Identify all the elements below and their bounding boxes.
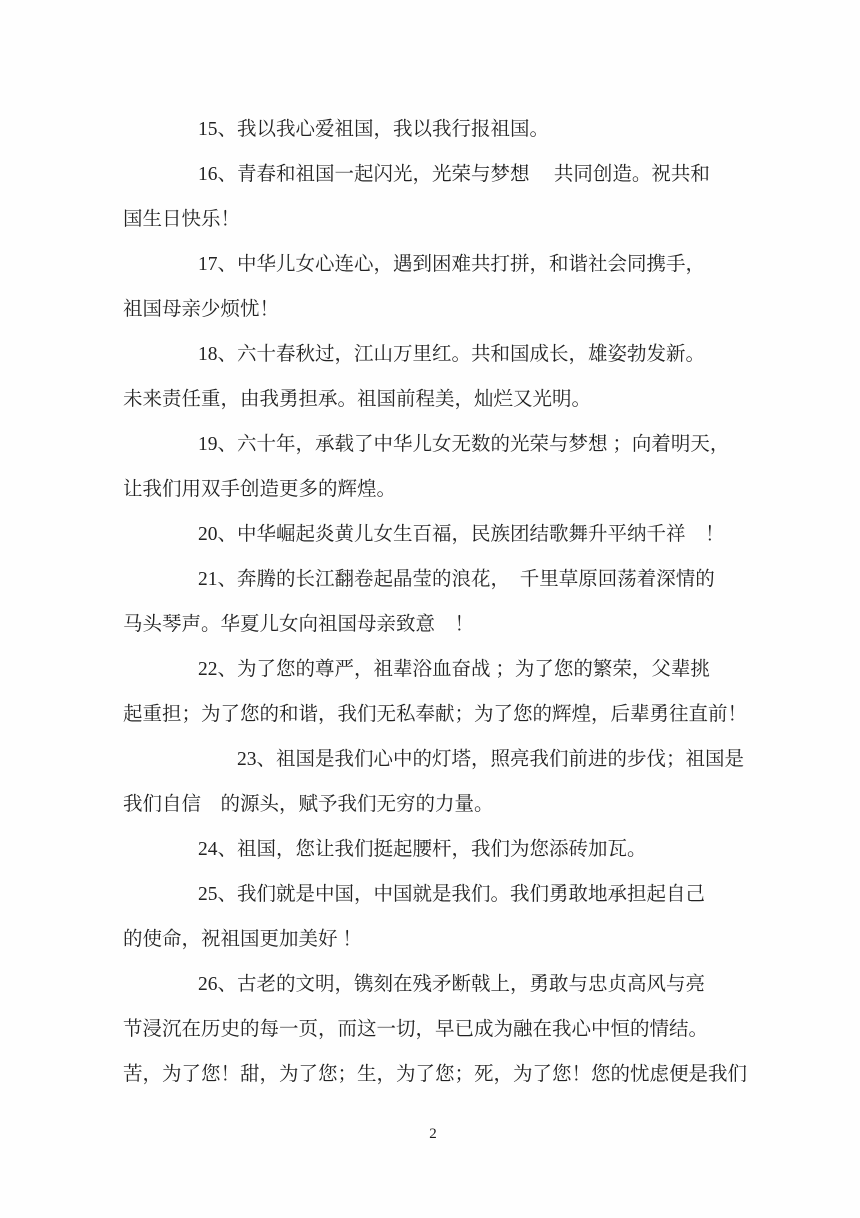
document-page: 15、我以我心爱祖国，我以我行报祖国。 16、青春和祖国一起闪光，光荣与梦想 共…: [0, 0, 860, 1218]
paragraph-item-16: 16、青春和祖国一起闪光，光荣与梦想 共同创造。祝共和 国生日快乐！: [123, 152, 743, 242]
text-line: 未来责任重，由我勇担承。祖国前程美，灿烂又光明。: [123, 377, 743, 422]
text-line: 26、古老的文明，镌刻在残矛断戟上，勇敢与忠贞高风与亮: [123, 962, 743, 1007]
text-line: 苦，为了您！甜，为了您；生，为了您；死，为了您！您的忧虑便是我们: [123, 1052, 743, 1097]
text-line: 的使命，祝祖国更加美好 ！: [123, 917, 743, 962]
text-line: 祖国母亲少烦忧！: [123, 287, 743, 332]
paragraph-item-26: 26、古老的文明，镌刻在残矛断戟上，勇敢与忠贞高风与亮 节浸沉在历史的每一页，而…: [123, 962, 743, 1097]
text-line: 节浸沉在历史的每一页，而这一切，早已成为融在我心中恒的情结。: [123, 1007, 743, 1052]
paragraph-item-18: 18、六十春秋过，江山万里红。共和国成长，雄姿勃发新。 未来责任重，由我勇担承。…: [123, 332, 743, 422]
text-line: 17、中华儿女心连心，遇到困难共打拼，和谐社会同携手，: [123, 242, 743, 287]
text-line: 19、六十年，承载了中华儿女无数的光荣与梦想 ；向着明天，: [123, 422, 743, 467]
paragraph-item-23: 23、祖国是我们心中的灯塔，照亮我们前进的步伐；祖国是 我们自信 的源头，赋予我…: [123, 737, 743, 827]
text-line: 23、祖国是我们心中的灯塔，照亮我们前进的步伐；祖国是: [123, 737, 743, 782]
paragraph-item-25: 25、我们就是中国，中国就是我们。我们勇敢地承担起自己 的使命，祝祖国更加美好 …: [123, 872, 743, 962]
page-number: 2: [123, 1123, 743, 1145]
paragraph-item-24: 24、祖国，您让我们挺起腰杆，我们为您添砖加瓦。: [123, 827, 743, 872]
text-line: 21、奔腾的长江翻卷起晶莹的浪花， 千里草原回荡着深情的: [123, 557, 743, 602]
text-line: 我们自信 的源头，赋予我们无穷的力量。: [123, 782, 743, 827]
text-line: 让我们用双手创造更多的辉煌。: [123, 467, 743, 512]
text-line: 16、青春和祖国一起闪光，光荣与梦想 共同创造。祝共和: [123, 152, 743, 197]
paragraph-item-22: 22、为了您的尊严，祖辈浴血奋战 ；为了您的繁荣，父辈挑 起重担；为了您的和谐，…: [123, 647, 743, 737]
document-body: 15、我以我心爱祖国，我以我行报祖国。 16、青春和祖国一起闪光，光荣与梦想 共…: [123, 107, 743, 1097]
text-line: 国生日快乐！: [123, 197, 743, 242]
paragraph-item-21: 21、奔腾的长江翻卷起晶莹的浪花， 千里草原回荡着深情的 马头琴声。华夏儿女向祖…: [123, 557, 743, 647]
text-line: 20、中华崛起炎黄儿女生百福，民族团结歌舞升平纳千祥 ！: [123, 512, 743, 557]
text-line: 24、祖国，您让我们挺起腰杆，我们为您添砖加瓦。: [123, 827, 743, 872]
text-line: 15、我以我心爱祖国，我以我行报祖国。: [123, 107, 743, 152]
text-line: 18、六十春秋过，江山万里红。共和国成长，雄姿勃发新。: [123, 332, 743, 377]
text-line: 起重担；为了您的和谐，我们无私奉献；为了您的辉煌，后辈勇往直前！: [123, 692, 743, 737]
paragraph-item-15: 15、我以我心爱祖国，我以我行报祖国。: [123, 107, 743, 152]
paragraph-item-20: 20、中华崛起炎黄儿女生百福，民族团结歌舞升平纳千祥 ！: [123, 512, 743, 557]
paragraph-item-17: 17、中华儿女心连心，遇到困难共打拼，和谐社会同携手， 祖国母亲少烦忧！: [123, 242, 743, 332]
text-line: 22、为了您的尊严，祖辈浴血奋战 ；为了您的繁荣，父辈挑: [123, 647, 743, 692]
paragraph-item-19: 19、六十年，承载了中华儿女无数的光荣与梦想 ；向着明天， 让我们用双手创造更多…: [123, 422, 743, 512]
text-line: 25、我们就是中国，中国就是我们。我们勇敢地承担起自己: [123, 872, 743, 917]
text-line: 马头琴声。华夏儿女向祖国母亲致意 ！: [123, 602, 743, 647]
